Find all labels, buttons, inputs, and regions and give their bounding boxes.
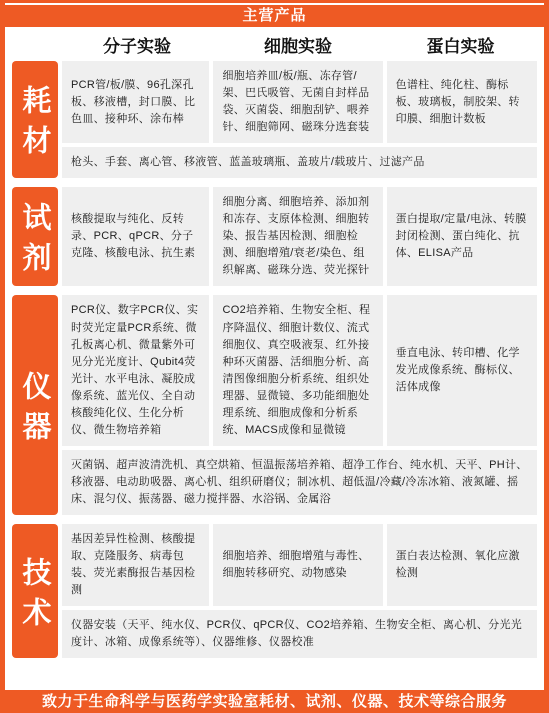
cell-grid-instruments: PCR仪、数字PCR仪、实时荧光定量PCR系统、微孔板离心机、微量紫外可见分光光… <box>62 295 537 445</box>
cell-instruments-protein: 垂直电泳、转印槽、化学发光成像系统、酶标仪、活体成像 <box>387 295 537 445</box>
row-label-services: 技术 <box>12 524 58 658</box>
cell-services-cell: 细胞培养、细胞增殖与毒性、细胞转移研究、动物感染 <box>213 524 382 606</box>
cell-consumables-cell: 细胞培养皿/板/瓶、冻存管/架、巴氏吸管、无菌自封样品袋、灭菌袋、细胞刮铲、喂养… <box>213 61 382 143</box>
cell-consumables-protein: 色谱柱、纯化柱、酶标板、玻璃板，制胶架、转印膜、细胞计数板 <box>387 61 537 143</box>
row-label-instruments: 仪器 <box>12 295 58 515</box>
cell-services-protein: 蛋白表达检测、氧化应激检测 <box>387 524 537 606</box>
column-header-molecular: 分子实验 <box>62 32 212 57</box>
page-title: 主营产品 <box>5 5 544 27</box>
cell-reagents-protein: 蛋白提取/定量/电泳、转膜封闭检测、蛋白纯化、抗体、ELISA产品 <box>387 187 537 286</box>
cell-services-molecular: 基因差异性检测、核酸提取、克隆服务、病毒包装、荧光素酶报告基因检测 <box>62 524 209 606</box>
row-content-services: 基因差异性检测、核酸提取、克隆服务、病毒包装、荧光素酶报告基因检测 细胞培养、细… <box>62 524 537 658</box>
span-cell-services: 仪器安装（天平、纯水仪、PCR仪、qPCR仪、CO2培养箱、生物安全柜、离心机、… <box>62 610 537 658</box>
cell-grid-reagents: 核酸提取与纯化、反转录、PCR、qPCR、分子克隆、核酸电泳、抗生素 细胞分离、… <box>62 187 537 286</box>
span-cell-instruments: 灭菌锅、超声波清洗机、真空烘箱、恒温振荡培养箱、超净工作台、纯水机、天平、PH计… <box>62 450 537 515</box>
rows-area: 耗材 PCR管/板/膜、96孔深孔板、移液槽，封口膜、比色皿、接种环、涂布棒 细… <box>5 61 544 690</box>
row-content-reagents: 核酸提取与纯化、反转录、PCR、qPCR、分子克隆、核酸电泳、抗生素 细胞分离、… <box>62 187 537 286</box>
column-header-protein: 蛋白实验 <box>384 32 537 57</box>
cell-grid-services: 基因差异性检测、核酸提取、克隆服务、病毒包装、荧光素酶报告基因检测 细胞培养、细… <box>62 524 537 606</box>
cell-consumables-molecular: PCR管/板/膜、96孔深孔板、移液槽，封口膜、比色皿、接种环、涂布棒 <box>62 61 209 143</box>
row-label-consumables: 耗材 <box>12 61 58 178</box>
row-group-services: 技术 基因差异性检测、核酸提取、克隆服务、病毒包装、荧光素酶报告基因检测 细胞培… <box>12 524 537 658</box>
row-content-instruments: PCR仪、数字PCR仪、实时荧光定量PCR系统、微孔板离心机、微量紫外可见分光光… <box>62 295 537 515</box>
row-content-consumables: PCR管/板/膜、96孔深孔板、移液槽，封口膜、比色皿、接种环、涂布棒 细胞培养… <box>62 61 537 178</box>
column-header-row: 分子实验 细胞实验 蛋白实验 <box>12 27 537 61</box>
cell-reagents-molecular: 核酸提取与纯化、反转录、PCR、qPCR、分子克隆、核酸电泳、抗生素 <box>62 187 209 286</box>
footer-slogan: 致力于生命科学与医药学实验室耗材、试剂、仪器、技术等综合服务 <box>0 690 549 713</box>
column-header-cell: 细胞实验 <box>212 32 384 57</box>
cell-reagents-cell: 细胞分离、细胞培养、添加剂和冻存、支原体检测、细胞转染、报告基因检测、细胞检测、… <box>213 187 382 286</box>
catalog-poster: 主营产品 分子实验 细胞实验 蛋白实验 耗材 PCR管/板/膜、96孔深孔板、移… <box>0 0 549 713</box>
cell-instruments-cell: CO2培养箱、生物安全柜、程序降温仪、细胞计数仪、流式细胞仪、真空吸液泵、红外接… <box>213 295 382 445</box>
row-group-instruments: 仪器 PCR仪、数字PCR仪、实时荧光定量PCR系统、微孔板离心机、微量紫外可见… <box>12 295 537 515</box>
row-label-reagents: 试剂 <box>12 187 58 286</box>
cell-instruments-molecular: PCR仪、数字PCR仪、实时荧光定量PCR系统、微孔板离心机、微量紫外可见分光光… <box>62 295 209 445</box>
row-group-consumables: 耗材 PCR管/板/膜、96孔深孔板、移液槽，封口膜、比色皿、接种环、涂布棒 细… <box>12 61 537 178</box>
span-cell-consumables: 枪头、手套、离心管、移液管、蓝盖玻璃瓶、盖玻片/载玻片、过滤产品 <box>62 147 537 178</box>
row-group-reagents: 试剂 核酸提取与纯化、反转录、PCR、qPCR、分子克隆、核酸电泳、抗生素 细胞… <box>12 187 537 286</box>
cell-grid-consumables: PCR管/板/膜、96孔深孔板、移液槽，封口膜、比色皿、接种环、涂布棒 细胞培养… <box>62 61 537 143</box>
